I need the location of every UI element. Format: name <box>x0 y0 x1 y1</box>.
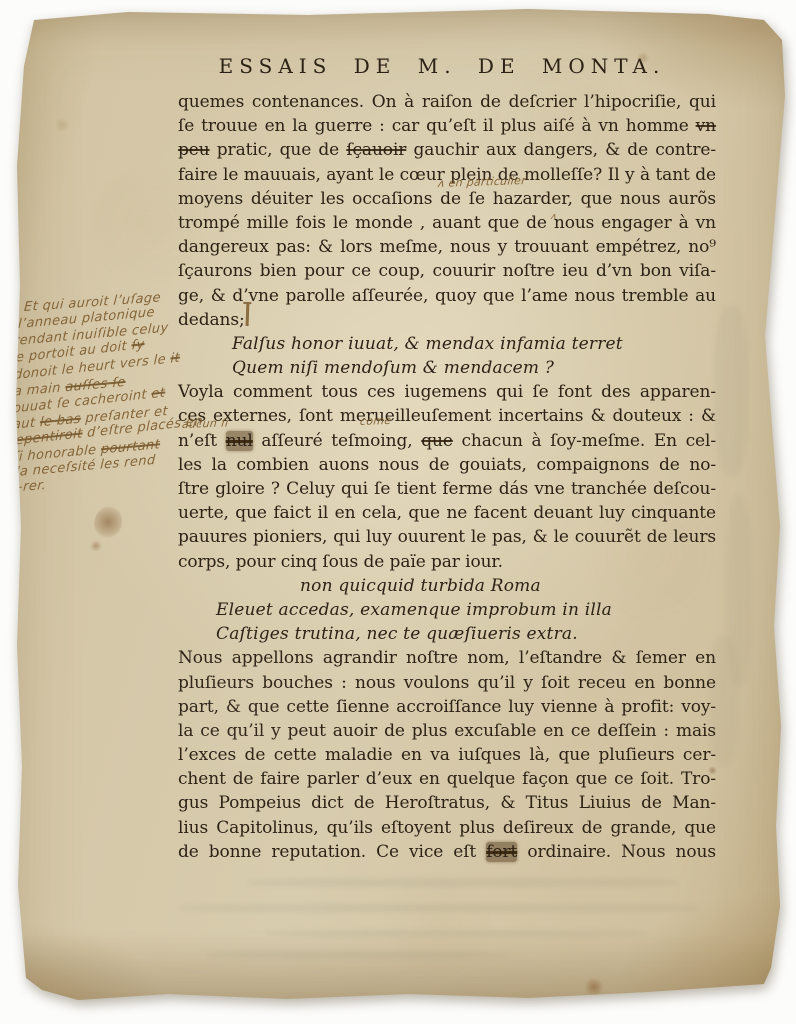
scanned-book-photo: ESSAIS DE M. DE MONTA. quemes contenance… <box>0 0 796 1024</box>
text-line-29: chent de faire parler d’eux en quelque f… <box>178 767 716 791</box>
text-segment: aſſeuré teſmoing, <box>253 431 421 451</box>
text-segment: de bonne reputation. Ce vice eſt <box>178 842 486 862</box>
ink-stain <box>584 978 604 996</box>
text-segment: moyens déuiter les occaſions de ſe hazar… <box>178 189 716 209</box>
text-line-2: ſe trouue en la guerre : car qu’eſt il p… <box>178 114 716 138</box>
text-segment: lius Capitolinus, qu’ils eſtoyent plus d… <box>178 818 716 838</box>
showthrough-ghost <box>208 952 508 958</box>
text-line-18: uerte, que faict il en cela, que ne face… <box>178 501 716 525</box>
text-segment: Nous appellons agrandir noſtre nom, l’eſ… <box>178 648 716 668</box>
text-segment: ordinaire. Nous nous <box>517 842 716 862</box>
showthrough-ghost <box>266 930 646 937</box>
interlinear-note-2: aucun ſi <box>181 416 229 431</box>
struck-word: fort <box>486 842 517 862</box>
text-line-14: ces externes, ſont merueilleuſement ince… <box>178 404 716 428</box>
text-line-10: dedans; <box>178 308 716 332</box>
text-line-8: ſçaurons bien pour ce coup, couurir noſt… <box>178 259 716 283</box>
text-line-5: moyens déuiter les occaſions de ſe hazar… <box>178 187 716 211</box>
text-line-28: l’exces de cette maladie en va iuſques l… <box>178 743 716 767</box>
printed-text-block: quemes contenances. On à raiſon de deſcr… <box>178 90 716 864</box>
text-line-20: corps, pour cinq ſous de païe par iour. <box>178 550 716 574</box>
text-segment: trompé mille fois le monde , auant que d… <box>178 213 716 233</box>
text-line-27: la ce qu’il y peut auoir de plus excuſab… <box>178 719 716 743</box>
running-header: ESSAIS DE M. DE MONTA. <box>168 54 716 78</box>
text-line-23: Caſtiges trutina, nec te quæſiueris extr… <box>178 622 716 646</box>
text-line-31: lius Capitolinus, qu’ils eſtoyent plus d… <box>178 816 716 840</box>
text-segment: ſe trouue en la guerre : car qu’eſt il p… <box>178 116 696 136</box>
text-segment: Caſtiges trutina, nec te quæſiueris extr… <box>216 624 578 644</box>
struck-word: it <box>170 350 180 366</box>
struck-word: et <box>151 385 165 402</box>
text-segment: n’eſt <box>178 431 226 451</box>
text-line-32: de bonne reputation. Ce vice eſt fort or… <box>178 840 716 864</box>
struck-word: vn <box>696 116 716 136</box>
text-segment: la ce qu’il y peut auoir de plus excuſab… <box>178 721 716 741</box>
text-segment: gauchir aux dangers, & de contre- <box>406 140 716 160</box>
ink-stain <box>90 540 102 552</box>
text-segment: non quicquid turbida Roma <box>300 576 541 596</box>
ink-stain <box>94 506 122 538</box>
text-line-7: dangereux pas: & lors meſme, nous y trou… <box>178 235 716 259</box>
text-line-11: Falſus honor iuuat, & mendax infamia ter… <box>178 332 716 356</box>
showthrough-ghost <box>248 878 678 887</box>
book-page: ESSAIS DE M. DE MONTA. quemes contenance… <box>8 6 790 1004</box>
text-segment: dangereux pas: & lors meſme, nous y trou… <box>178 237 716 257</box>
text-segment: quemes contenances. On à raiſon de deſcr… <box>178 92 716 112</box>
text-segment: les la combien auons nous de gouiats, co… <box>178 455 716 475</box>
struck-word: nul <box>226 431 253 451</box>
text-line-16: les la combien auons nous de gouiats, co… <box>178 453 716 477</box>
interlinear-note-4: ʌ <box>550 212 557 222</box>
text-line-9: ge, & d’vne parolle aſſeurée, quoy que l… <box>178 284 716 308</box>
text-line-3: peu pratic, que de ſçauoir gauchir aux d… <box>178 138 716 162</box>
text-segment: chacun à ſoy-meſme. En cel- <box>453 431 716 451</box>
text-line-24: Nous appellons agrandir noſtre nom, l’eſ… <box>178 646 716 670</box>
text-segment: pluſieurs bouches : nous voulons qu’il y… <box>178 673 716 693</box>
text-segment: Voyla comment tous ces iugemens qui ſe f… <box>178 382 716 402</box>
showthrough-ghost <box>714 306 748 476</box>
text-line-26: part, & que cette ſienne accroiſſance lu… <box>178 695 716 719</box>
text-line-17: ſtre gloire ? Celuy qui ſe tient ferme d… <box>178 477 716 501</box>
showthrough-ghost <box>178 904 698 912</box>
struck-word: ſçauoir <box>346 140 406 160</box>
text-line-30: gus Pompeius dict de Heroſtratus, & Titu… <box>178 791 716 815</box>
text-segment: Eleuet accedas, examenque improbum in il… <box>216 600 612 620</box>
text-segment: pauures pioniers, qui luy ouurent le pas… <box>178 527 716 547</box>
text-line-1: quemes contenances. On à raiſon de deſcr… <box>178 90 716 114</box>
text-line-13: Voyla comment tous ces iugemens qui ſe f… <box>178 380 716 404</box>
struck-word: que <box>421 431 453 451</box>
text-line-25: pluſieurs bouches : nous voulons qu’il y… <box>178 671 716 695</box>
text-line-22: Eleuet accedas, examenque improbum in il… <box>178 598 716 622</box>
struck-word: ſy <box>131 337 145 354</box>
foxing-spot <box>54 118 70 132</box>
text-segment: ces externes, ſont merueilleuſement ince… <box>178 406 716 426</box>
text-segment: Quem niſi mendoſum & mendacem ? <box>232 358 554 378</box>
text-line-12: Quem niſi mendoſum & mendacem ? <box>178 356 716 380</box>
text-segment: l’exces de cette maladie en va iuſques l… <box>178 745 716 765</box>
text-segment: chent de faire parler d’eux en quelque f… <box>178 769 716 789</box>
text-segment: -rer. <box>17 478 46 495</box>
text-segment: dedans; <box>178 310 245 330</box>
text-segment: ſçaurons bien pour ce coup, couurir noſt… <box>178 261 716 281</box>
text-segment: uerte, que faict il en cela, que ne face… <box>178 503 716 523</box>
text-line-19: pauures pioniers, qui luy ouurent le pas… <box>178 525 716 549</box>
text-segment: ge, & d’vne parolle aſſeurée, quoy que l… <box>178 286 716 306</box>
text-line-21: non quicquid turbida Roma <box>178 574 716 598</box>
text-segment: gus Pompeius dict de Heroſtratus, & Titu… <box>178 793 716 813</box>
interlinear-note-3: come <box>359 414 392 428</box>
showthrough-ghost <box>726 496 752 686</box>
text-segment: pratic, que de <box>210 140 347 160</box>
text-line-15: n’eſt nul aſſeuré teſmoing, que chacun à… <box>178 429 716 453</box>
text-line-6: trompé mille fois le monde , auant que d… <box>178 211 716 235</box>
text-segment: part, & que cette ſienne accroiſſance lu… <box>178 697 716 717</box>
struck-word: peu <box>178 140 210 160</box>
margin-note-line-12: -rer. <box>17 478 46 495</box>
text-segment: corps, pour cinq ſous de païe par iour. <box>178 552 503 572</box>
text-segment: ſtre gloire ? Celuy qui ſe tient ferme d… <box>178 479 716 499</box>
paper-shadow-wrap: ESSAIS DE M. DE MONTA. quemes contenance… <box>0 0 796 1024</box>
text-segment: Falſus honor iuuat, & mendax infamia ter… <box>232 334 623 354</box>
